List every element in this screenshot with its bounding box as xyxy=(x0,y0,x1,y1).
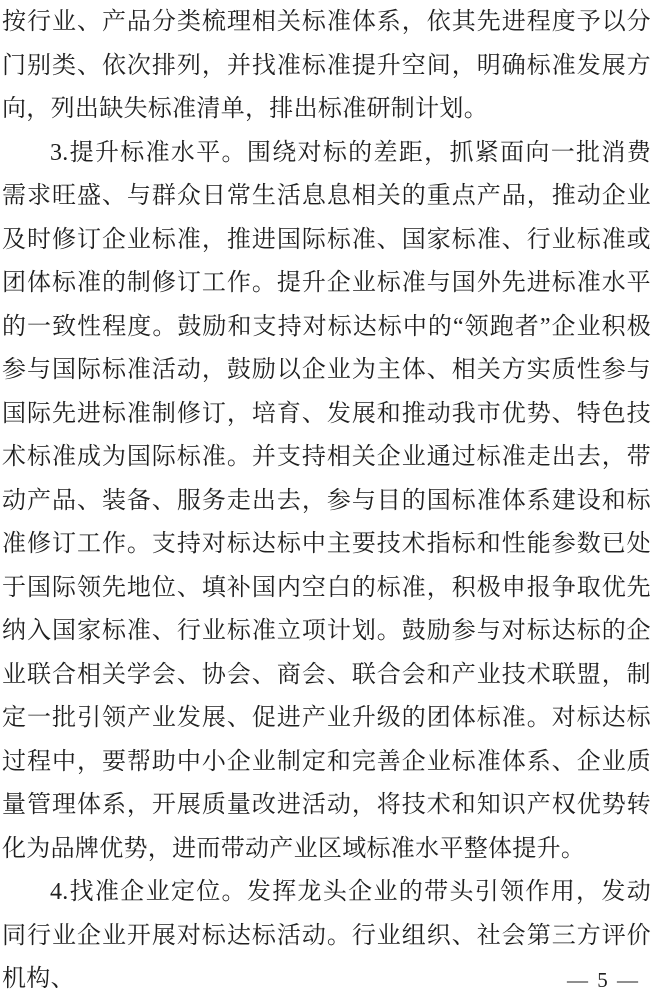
paragraph-item-4-enterprise-positioning: 4.找准企业定位。发挥龙头企业的带头引领作用，发动同行业企业开展对标达标活动。行… xyxy=(2,871,651,1000)
paragraph-item-3-raise-standard-level: 3.提升标准水平。围绕对标的差距，抓紧面向一批消费需求旺盛、与群众日常生活息息相… xyxy=(2,132,651,872)
document-body: 按行业、产品分类梳理相关标准体系，依其先进程度予以分门别类、依次排列，并找准标准… xyxy=(2,1,651,1000)
document-page: 按行业、产品分类梳理相关标准体系，依其先进程度予以分门别类、依次排列，并找准标准… xyxy=(0,0,655,1000)
page-number: — 5 — xyxy=(567,968,640,993)
paragraph-continuation: 按行业、产品分类梳理相关标准体系，依其先进程度予以分门别类、依次排列，并找准标准… xyxy=(2,1,651,132)
